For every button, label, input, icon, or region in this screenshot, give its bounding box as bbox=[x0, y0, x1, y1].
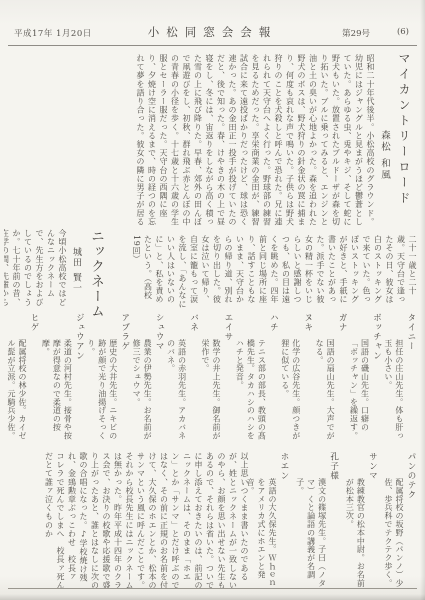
nickname-label: ホエン bbox=[278, 452, 290, 593]
nickname-entry: アブラゲ 歴史の大井先生。ニキビの跡が顔で光り油揚げそっくり。 bbox=[86, 313, 131, 445]
nickname-desc: 配属将校の林少佐。カイゼル髭が立派。元騎兵少佐。 bbox=[6, 313, 28, 445]
nickname-entry: サンマ 教練教官の松本中尉。お名前が松本三次。 bbox=[344, 452, 378, 593]
nickname-entry: ヒゲ 配属将校の林少佐。カイゼル髭が立派。元騎兵少佐。 bbox=[6, 313, 40, 445]
page-edge-shadow-right bbox=[420, 0, 425, 600]
nickname-article-author: 城田 賢一 bbox=[70, 247, 83, 293]
nickname-desc: 教練教官の松本中尉。お名前が松本三次。 bbox=[344, 452, 366, 593]
nickname-desc: 農業の伊勢先生。お名前が修三でシュウマ。 bbox=[131, 313, 153, 445]
nickname-entry: ハチ テニス部の部長、教頭の髙橋先生。タカハシのハシをハチと発音。 bbox=[234, 313, 279, 445]
nickname-entry: シュウマ 農業の伊勢先生。お名前が修三でシュウマ。 bbox=[131, 313, 165, 445]
essay-body-top: 昭和二十年代後半。小松高校のグラウンド。幼児にはジャングルと見まがうほど鬱蒼とし… bbox=[136, 54, 376, 232]
nickname-desc: 歴史の大井先生。ニキビの跡が顔で光り油揚げそっくり。 bbox=[86, 313, 119, 445]
header-issue: 第29号 bbox=[342, 27, 370, 39]
nickname-list-row1: タイニー 担任の庄山先生。体も肝っ玉も小さい。 ボッチャン 国語の磯山先生。口癖… bbox=[6, 313, 417, 445]
footer-rule bbox=[8, 588, 417, 589]
nickname-label: ヌキ bbox=[302, 313, 314, 445]
nickname-label: バネ bbox=[188, 313, 200, 445]
nickname-entry: パンのテク 配属将校の坂野（パンノ）少佐、歩兵科でテクテク歩く。 bbox=[383, 452, 417, 593]
nickname-label: エイサ bbox=[222, 313, 234, 445]
nickname-label: アブラゲ bbox=[119, 313, 131, 445]
header-page-number: (6) bbox=[397, 27, 409, 37]
nickname-desc: テニス部の部長、教頭の髙橋先生。タカハシのハシをハチと発音。 bbox=[234, 313, 267, 445]
nickname-desc: 国語の扇山先生。大声でがなる。 bbox=[314, 313, 336, 445]
nickname-label: ヒゲ bbox=[28, 313, 40, 445]
nickname-intro: 今頃小松高校ではどんなニックネームで、先生方をおよびしているのでしょうか。七十年… bbox=[4, 229, 68, 310]
nickname-entry: ヌキ 化学の広谷先生。顔つきが狸に似ている。 bbox=[280, 313, 314, 445]
nickname-label: ガナ bbox=[336, 313, 348, 445]
nickname-label: パンのテク bbox=[405, 452, 417, 593]
nickname-desc: 化学の広谷先生。顔つきが狸に似ている。 bbox=[280, 313, 302, 445]
nickname-list-row2: パンのテク 配属将校の坂野（パンノ）少佐、歩兵科でテクテク歩く。 サンマ 教練教… bbox=[245, 452, 417, 593]
newsletter-page: 平成17年 1月20日 小松同窓会会報 第29号 (6) マイカントリーロード … bbox=[0, 0, 425, 600]
nickname-desc: 担任の庄山先生。体も肝っ玉も小さい。 bbox=[383, 313, 405, 445]
nickname-article-title: ニックネーム bbox=[86, 229, 106, 319]
nickname-desc: 柔道の河村先生。接骨や按摩が得意なので柔道の按摩。 bbox=[40, 313, 73, 445]
closing-paragraph: 以上思いつくまま書いたのであるが、姓とニックネームが一致しないのやら、お顔を思い… bbox=[6, 452, 250, 593]
header-rule bbox=[8, 45, 417, 46]
nickname-label: サンマ bbox=[366, 452, 378, 593]
nickname-desc: 英語の赤羽先生。アカバネのバネ。 bbox=[166, 313, 188, 445]
nickname-entry: ジュウアン 柔道の河村先生。接骨や按摩が得意なので柔道の按摩。 bbox=[40, 313, 85, 445]
nickname-entry: 孔子様 漢文の篠塚先生。子曰（ノタマ）くと論語の講義が名調子。 bbox=[295, 452, 340, 593]
nickname-entry: エイサ 数学の井上先生。御名前が栄作で。 bbox=[200, 313, 234, 445]
nickname-entry: ホエン 英語の大久保先生。Ｗｈｅｎをアメリカ式にホエンと発音。 bbox=[245, 452, 290, 593]
nickname-label: タイニー bbox=[405, 313, 417, 445]
nickname-label: 孔子様 bbox=[328, 452, 340, 593]
nickname-entry: ボッチャン 国語の磯山先生。口癖の「ボッチャン」を繰返す。 bbox=[349, 313, 383, 445]
nickname-label: ボッチャン bbox=[371, 313, 383, 445]
essay-author: 森松 和風 bbox=[377, 130, 391, 181]
nickname-desc: 漢文の篠塚先生。子曰（ノタマ）くと論語の講義が名調子。 bbox=[295, 452, 328, 593]
page-edge-shadow-bottom bbox=[0, 594, 425, 600]
nickname-label: ハチ bbox=[267, 313, 279, 445]
nickname-entry: ガナ 国語の扇山先生。大声でがなる。 bbox=[314, 313, 348, 445]
nickname-desc: 配属将校の坂野（パンノ）少佐、歩兵科でテクテク歩く。 bbox=[383, 452, 405, 593]
nickname-entry: バネ 英語の赤羽先生。アカバネのバネ。 bbox=[166, 313, 200, 445]
nickname-label: ジュウアン bbox=[73, 313, 85, 445]
nickname-desc: 国語の磯山先生。口癖の「ボッチャン」を繰返す。 bbox=[349, 313, 371, 445]
essay-title: マイカントリーロード bbox=[396, 52, 413, 207]
nickname-entry: タイニー 担任の庄山先生。体も肝っ玉も小さい。 bbox=[383, 313, 417, 445]
nickname-label: シュウマ bbox=[153, 313, 165, 445]
nickname-desc: 数学の井上先生。御名前が栄作で。 bbox=[200, 313, 222, 445]
essay-body-continued: 二十一歳と二十歳。天守台で逢ったその日、彼女は白のストッキングで来ていた。色っぽ… bbox=[104, 235, 418, 310]
